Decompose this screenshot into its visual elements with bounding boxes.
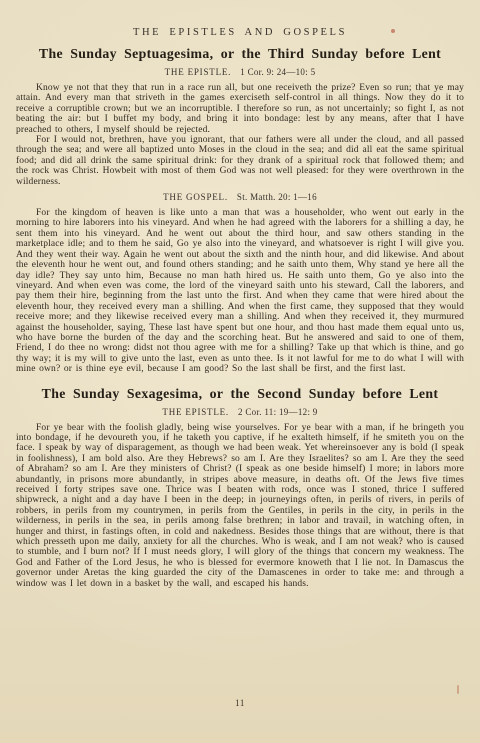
scripture-caption-gospel-1: THE GOSPEL.St. Matth. 20: 1—16 [0, 192, 480, 202]
book-page: THE EPISTLES AND GOSPELS The Sunday Sept… [0, 0, 480, 743]
caption-label: THE GOSPEL. [163, 192, 228, 202]
caption-reference: 2 Cor. 11: 19—12: 9 [238, 407, 318, 417]
caption-reference: St. Matth. 20: 1—16 [237, 192, 317, 202]
body-paragraph: For the kingdom of heaven is like unto a… [16, 208, 464, 375]
scripture-caption-epistle-1: THE EPISTLE.1 Cor. 9: 24—10: 5 [0, 67, 480, 77]
body-paragraph: For ye bear with the foolish gladly, bei… [16, 423, 464, 590]
section-title-septuagesima: The Sunday Septuagesima, or the Third Su… [10, 46, 470, 62]
caption-reference: 1 Cor. 9: 24—10: 5 [240, 67, 315, 77]
ink-speck-icon [457, 685, 459, 694]
caption-label: THE EPISTLE. [162, 407, 229, 417]
caption-label: THE EPISTLE. [165, 67, 232, 77]
gospel-1-text: For the kingdom of heaven is like unto a… [0, 208, 480, 375]
page-number: 11 [0, 698, 480, 708]
epistle-1-text: Know ye not that they that run in a race… [0, 83, 480, 187]
running-head: THE EPISTLES AND GOSPELS [0, 0, 480, 38]
scripture-caption-epistle-2: THE EPISTLE.2 Cor. 11: 19—12: 9 [0, 407, 480, 417]
body-paragraph: Know ye not that they that run in a race… [16, 83, 464, 135]
ink-speck-icon [391, 29, 395, 33]
section-title-sexagesima: The Sunday Sexagesima, or the Second Sun… [10, 386, 470, 402]
body-paragraph: For I would not, brethren, have you igno… [16, 135, 464, 187]
epistle-2-text: For ye bear with the foolish gladly, bei… [0, 423, 480, 590]
